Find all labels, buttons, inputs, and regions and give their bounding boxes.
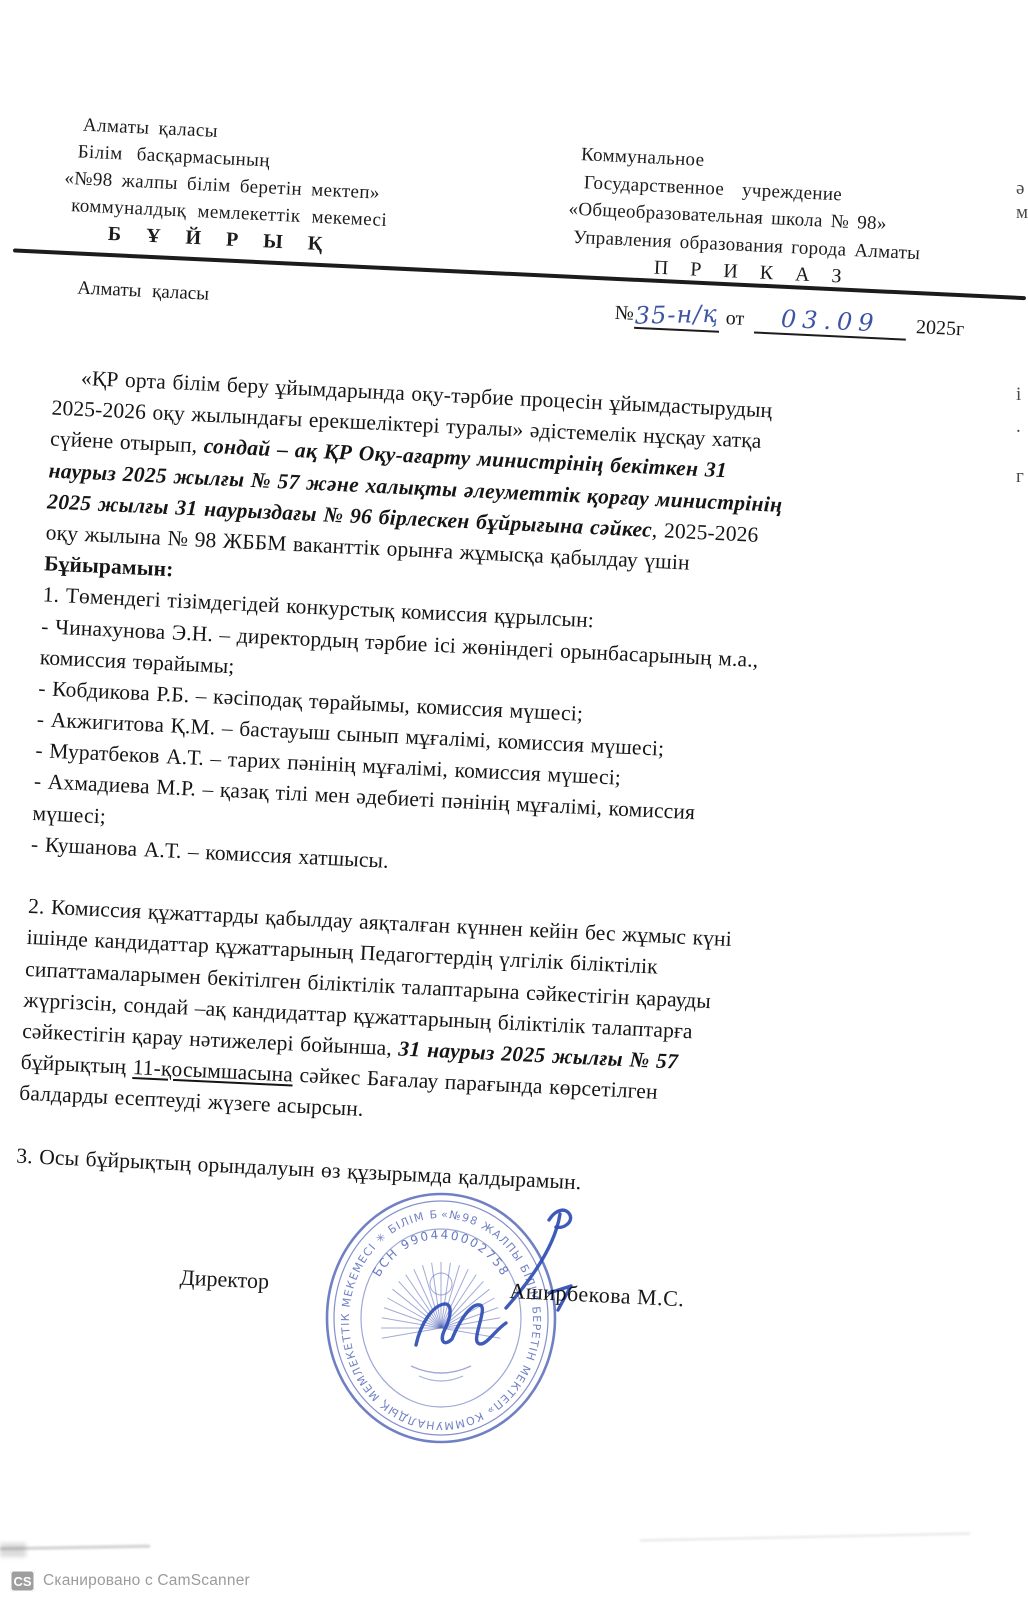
letterhead-left: Алматы қаласыБілім басқармасының«№98 жал… (61, 111, 391, 261)
from-label: от (725, 307, 745, 330)
page-edge-artifact: ә (1016, 178, 1028, 200)
letterhead-right: КоммунальноеГосударственное учреждение«О… (565, 141, 924, 295)
scanner-credit-text: Сканировано с CamScanner (43, 1572, 250, 1590)
page-edge-artifact: і (1016, 384, 1028, 406)
order-date-handwritten: 03.09 (780, 305, 880, 338)
order-number-line: №35-н/қот03.092025г (614, 297, 965, 343)
year-label: 2025г (916, 316, 965, 340)
order-number-handwritten: 35-н/қ (635, 300, 719, 330)
page-edge-artifact: г (1016, 466, 1028, 488)
order-body: «ҚР орта білім беру ұйымдарында оқу-тәрб… (16, 362, 788, 1207)
order-date-underline: 03.09 (754, 303, 907, 340)
camscanner-footer: CS Сканировано с CamScanner (10, 1570, 250, 1592)
body-text-segment: бұйрықтың (20, 1050, 133, 1079)
director-title: Директор (179, 1264, 269, 1294)
page-edge-artifact: мі (1016, 202, 1028, 224)
scanned-sheet: Алматы қаласыБілім басқармасының«№98 жал… (0, 103, 1027, 1569)
city-line: Алматы қаласы (77, 278, 210, 306)
scan-smudge (0, 1543, 26, 1557)
number-sign: № (614, 302, 634, 325)
body-text-segment: комиссия төрайымы; (39, 645, 235, 678)
director-name: Аширбекова М.С. (509, 1278, 685, 1312)
body-text-segment: Бұйырамын: (44, 551, 174, 581)
order-number-underline: 35-н/қ (634, 299, 720, 333)
camscanner-icon: CS (10, 1570, 35, 1592)
document-page: { "letterhead": { "left_lines": [ "Алмат… (0, 0, 1028, 1600)
body-text-segment: сүйене отырып, (50, 427, 205, 458)
body-text-segment: , 2025-2026 (651, 518, 759, 547)
body-text-segment: 11-қосымшасына (132, 1055, 293, 1087)
body-text-segment: мүшесі; (32, 801, 107, 828)
page-edge-artifact: . (1016, 416, 1028, 438)
